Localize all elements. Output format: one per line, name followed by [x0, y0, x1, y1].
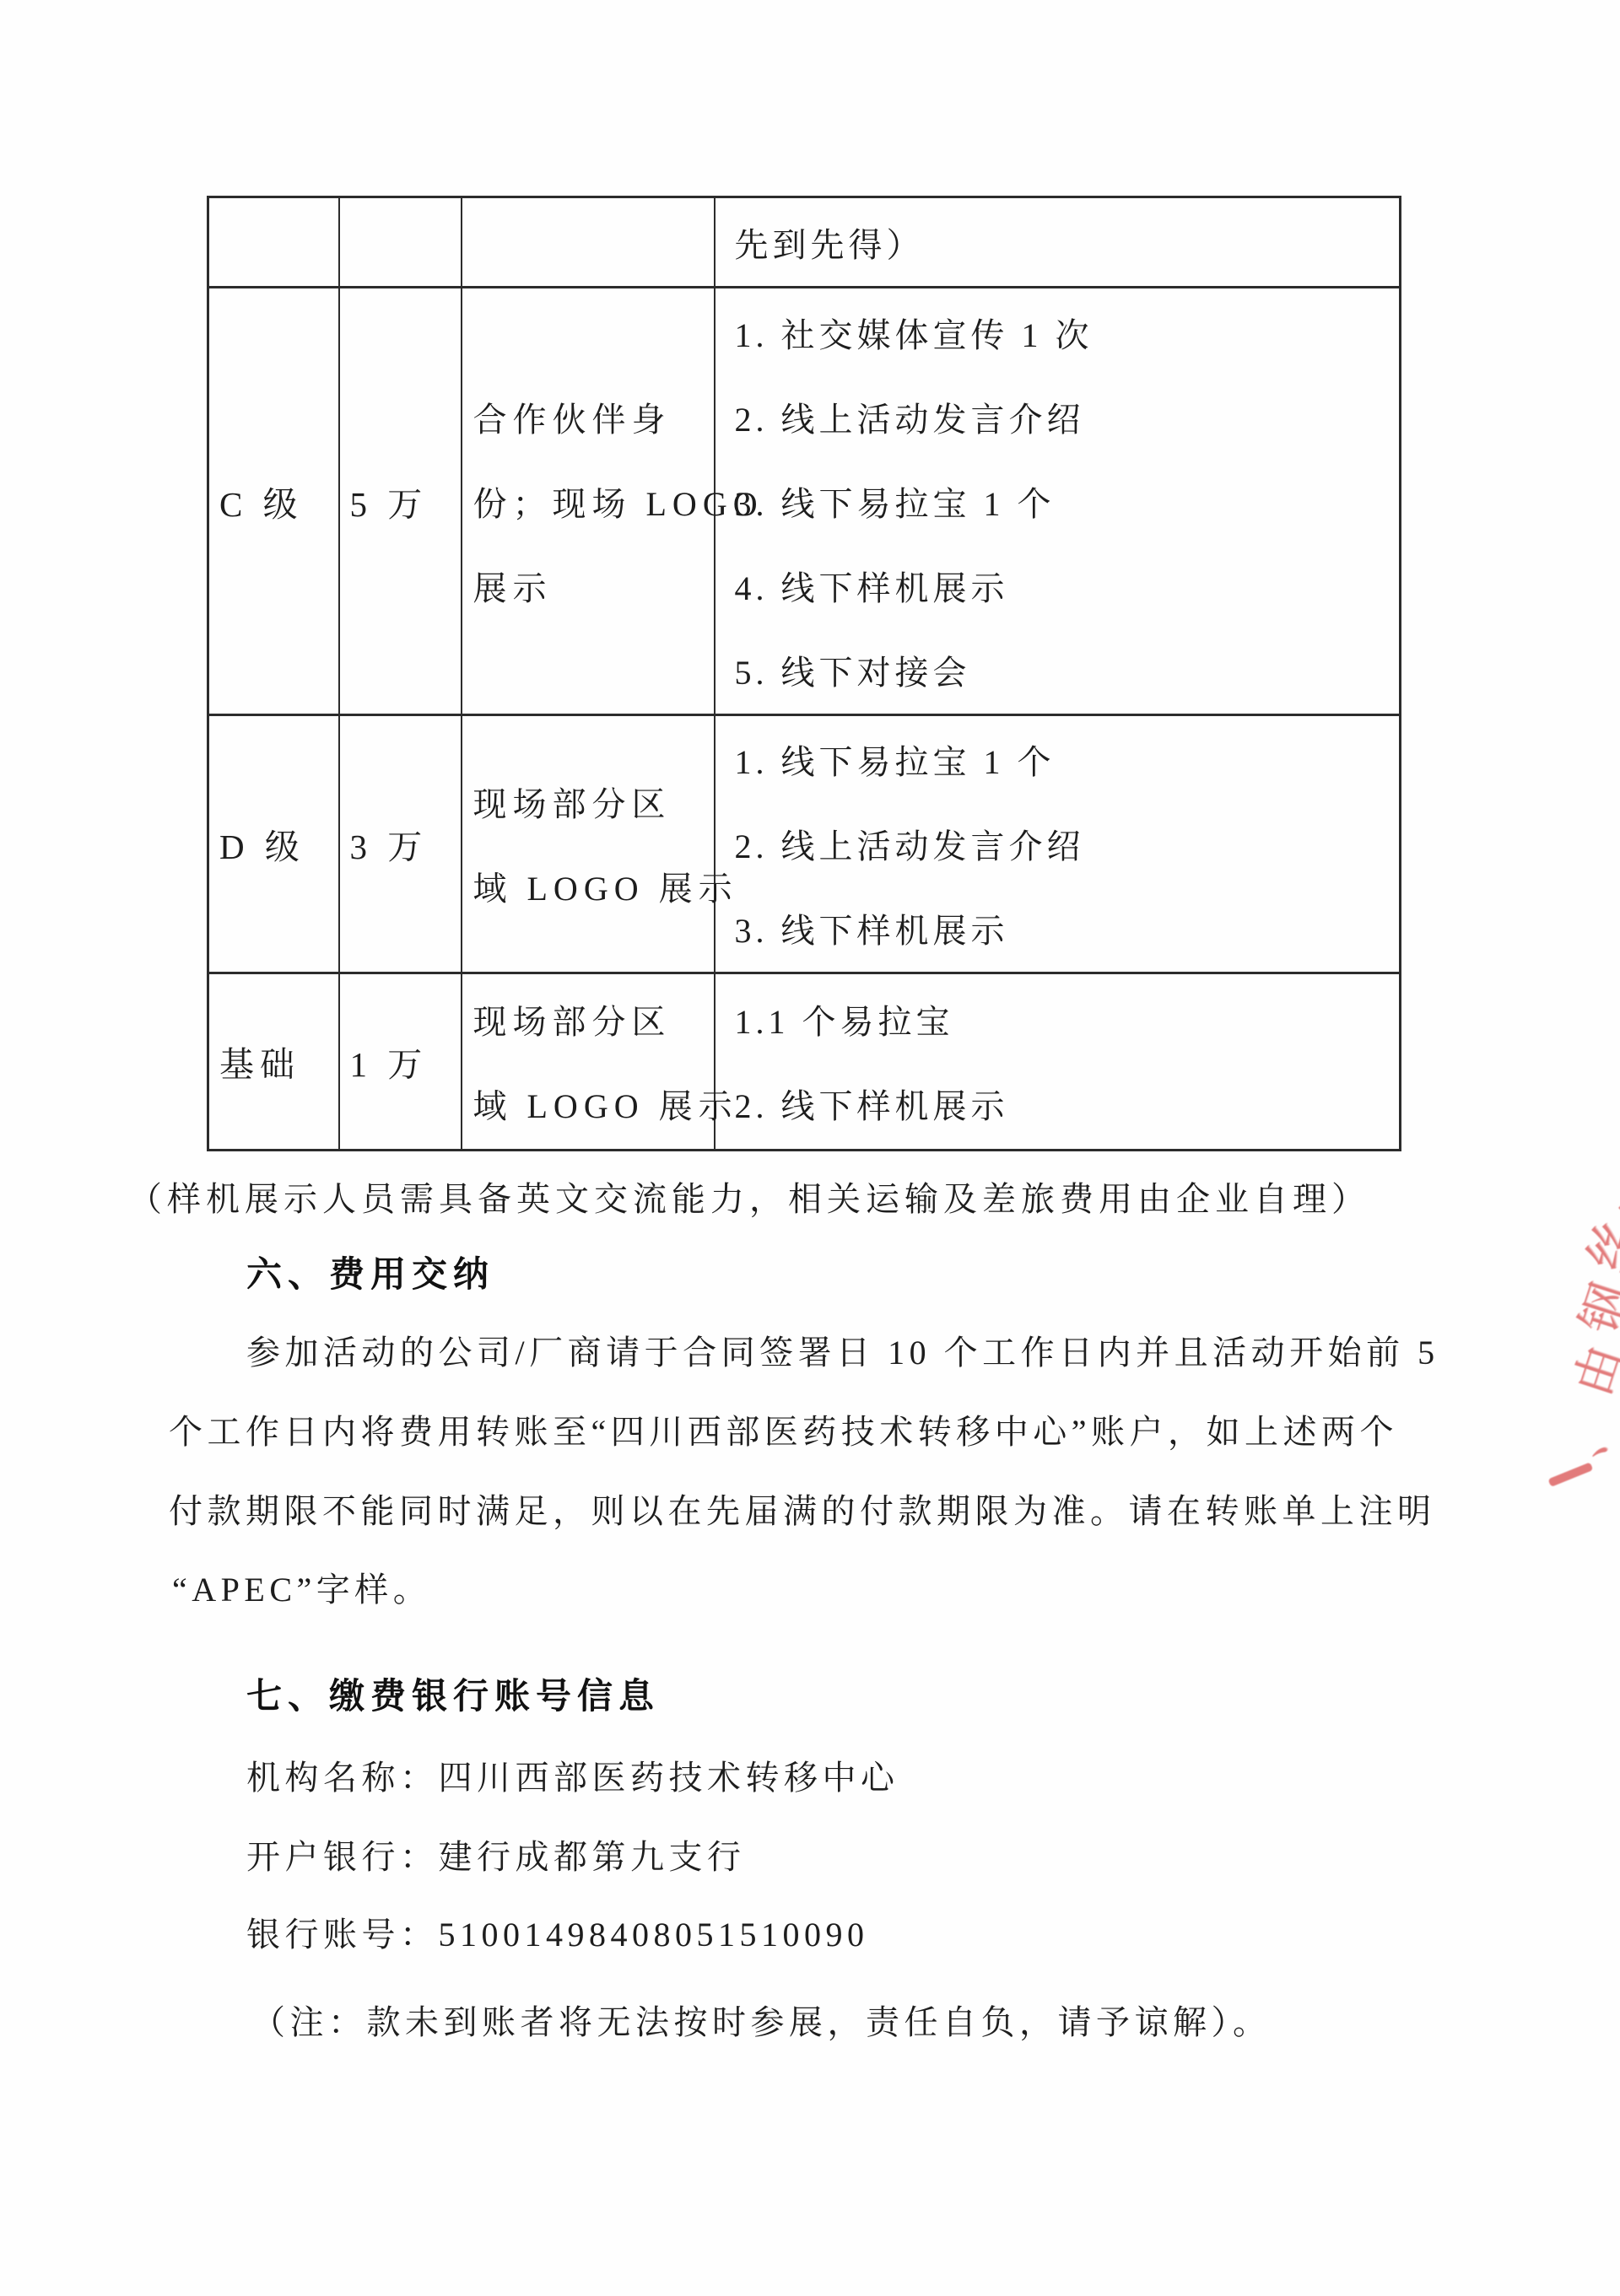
- rights-line: 展示: [462, 543, 714, 628]
- rights-cell: [462, 197, 715, 288]
- red-stamp-fragment: 丝 钢 由 、: [1536, 1210, 1620, 1523]
- price-label: 1 万: [340, 1020, 461, 1104]
- price-cell: [339, 197, 462, 288]
- benefit-line: 4. 线下样机展示: [715, 543, 1400, 628]
- benefit-line: 5. 线下对接会: [715, 628, 1400, 712]
- level-label: C 级: [209, 459, 338, 543]
- table-row-level-d: D 级 3 万 现场部分区 域 LOGO 展示 1. 线下易拉宝 1 个 2. …: [208, 715, 1401, 973]
- price-cell: 5 万: [339, 288, 462, 715]
- rights-line: 份；现场 LOGO: [462, 459, 714, 543]
- level-cell: C 级: [208, 288, 339, 715]
- section7-heading: 七、缴费银行账号信息: [246, 1668, 660, 1719]
- bank-info-line: （注：款未到账者将无法按时参展，责任自负，请予谅解）。: [251, 1996, 1272, 2044]
- benefit-line: 2. 线上活动发言介绍: [715, 375, 1400, 459]
- bank-info-line: 开户银行：建行成都第九支行: [246, 1830, 746, 1878]
- level-label: D 级: [209, 802, 338, 887]
- rights-line: 域 LOGO 展示: [462, 844, 714, 929]
- paragraph-line: 参加活动的公司/厂商请于合同签署日 10 个工作日内并且活动开始前 5: [246, 1326, 1439, 1374]
- rights-line: 现场部分区: [462, 760, 714, 844]
- rights-cell: 现场部分区 域 LOGO 展示: [462, 973, 715, 1151]
- stamp-character: 、: [1548, 1379, 1620, 1486]
- price-cell: 1 万: [339, 973, 462, 1151]
- paragraph-line: 付款期限不能同时满足，则以在先届满的付款期限为准。请在转账单上注明: [169, 1485, 1436, 1533]
- benefit-line: 1. 线下易拉宝 1 个: [715, 718, 1400, 802]
- benefit-line: 1.1 个易拉宝: [715, 978, 1400, 1062]
- stamp-character: 由: [1554, 1317, 1620, 1424]
- price-cell: 3 万: [339, 715, 462, 973]
- rights-line: 域 LOGO 展示: [462, 1062, 714, 1146]
- level-cell: [208, 197, 339, 288]
- price-label: 3 万: [340, 802, 461, 887]
- benefit-line: 2. 线下样机展示: [715, 1062, 1400, 1146]
- level-label: 基础: [209, 1020, 338, 1104]
- table-row-basic: 基础 1 万 现场部分区 域 LOGO 展示 1.1 个易拉宝 2. 线下样机展…: [208, 973, 1401, 1151]
- rights-line: 合作伙伴身: [462, 375, 714, 459]
- benefit-line: 先到先得）: [715, 200, 1400, 284]
- bank-info-line: 机构名称：四川西部医药技术转移中心: [246, 1751, 899, 1799]
- benefits-cell: 1. 线下易拉宝 1 个 2. 线上活动发言介绍 3. 线下样机展示: [715, 715, 1401, 973]
- benefits-cell: 1.1 个易拉宝 2. 线下样机展示: [715, 973, 1401, 1151]
- document-page: 先到先得） C 级 5 万 合作伙伴身 份；现场 LOGO 展示 1. 社交媒体…: [0, 0, 1620, 2296]
- benefit-line: 2. 线上活动发言介绍: [715, 802, 1400, 887]
- benefit-line: 3. 线下样机展示: [715, 887, 1400, 971]
- table-row-level-c: C 级 5 万 合作伙伴身 份；现场 LOGO 展示 1. 社交媒体宣传 1 次…: [208, 288, 1401, 715]
- table-row-carryover: 先到先得）: [208, 197, 1401, 288]
- rights-cell: 合作伙伴身 份；现场 LOGO 展示: [462, 288, 715, 715]
- sponsorship-table: 先到先得） C 级 5 万 合作伙伴身 份；现场 LOGO 展示 1. 社交媒体…: [207, 196, 1401, 1151]
- stamp-character: 钢: [1561, 1255, 1620, 1362]
- bank-info-line: 银行账号：51001498408051510090: [246, 1908, 869, 1956]
- stamp-character: 丝: [1568, 1193, 1620, 1300]
- benefit-line: 3. 线下易拉宝 1 个: [715, 459, 1400, 543]
- stamp-border-mark: [1548, 1462, 1594, 1487]
- rights-cell: 现场部分区 域 LOGO 展示: [462, 715, 715, 973]
- price-label: 5 万: [340, 459, 461, 543]
- benefit-line: 1. 社交媒体宣传 1 次: [715, 290, 1400, 375]
- rights-line: 现场部分区: [462, 978, 714, 1062]
- benefits-cell: 1. 社交媒体宣传 1 次 2. 线上活动发言介绍 3. 线下易拉宝 1 个 4…: [715, 288, 1401, 715]
- benefits-cell: 先到先得）: [715, 197, 1401, 288]
- paragraph-line: “APEC”字样。: [172, 1563, 431, 1611]
- level-cell: D 级: [208, 715, 339, 973]
- level-cell: 基础: [208, 973, 339, 1151]
- table-footnote: （样机展示人员需具备英文交流能力，相关运输及差旅费用由企业自理）: [128, 1172, 1370, 1221]
- paragraph-line: 个工作日内将费用转账至“四川西部医药技术转移中心”账户，如上述两个: [169, 1405, 1398, 1453]
- section6-heading: 六、费用交纳: [246, 1247, 494, 1297]
